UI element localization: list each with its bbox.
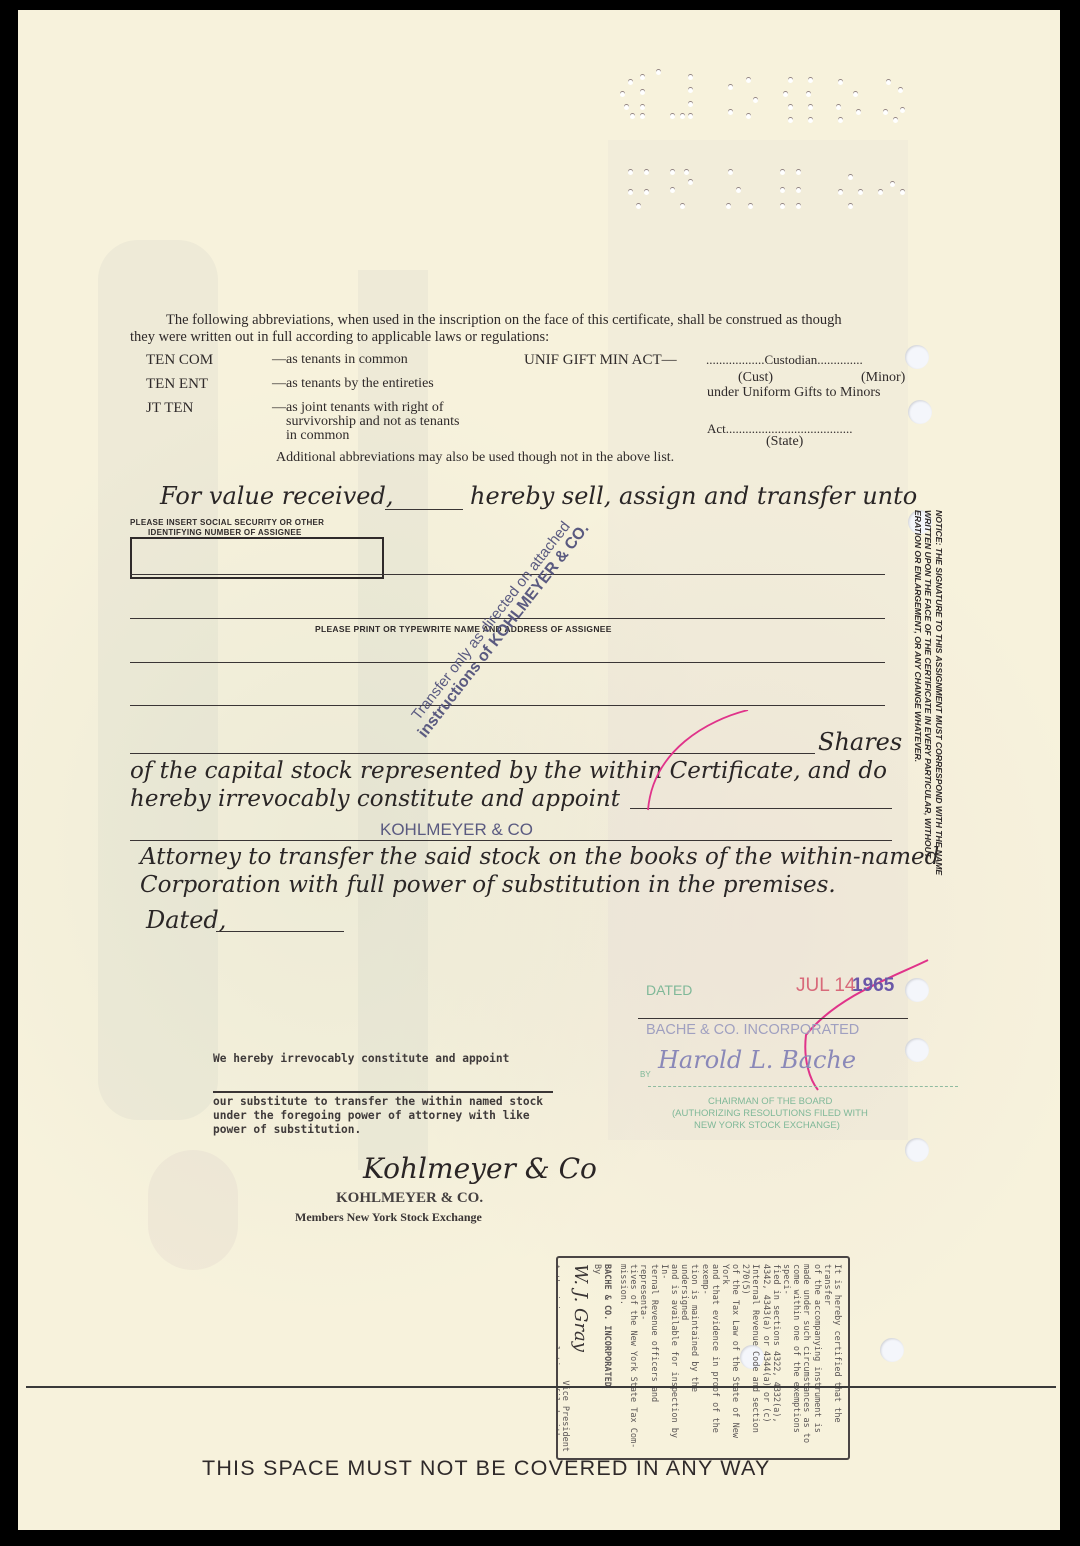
tax-stamp-line: mission. bbox=[618, 1264, 628, 1452]
bache-date-line bbox=[638, 1018, 908, 1019]
abbreviations-additional: Additional abbreviations may also be use… bbox=[276, 450, 674, 466]
do-not-cover-line bbox=[26, 1386, 1056, 1388]
assignee-line-3[interactable] bbox=[130, 662, 885, 663]
notice-line3: ERATION OR ENLARGEMENT, OR ANY CHANGE WH… bbox=[912, 510, 923, 970]
do-not-cover-warning: THIS SPACE MUST NOT BE COVERED IN ANY WA… bbox=[202, 1456, 771, 1481]
bache-signature: Harold L. Bache bbox=[658, 1046, 856, 1074]
assignee-line-1[interactable] bbox=[130, 574, 885, 575]
tax-stamp-by: By bbox=[592, 1264, 602, 1452]
binder-hole bbox=[908, 400, 932, 424]
unif-gift-state-label: (State) bbox=[766, 434, 803, 450]
kohlmeyer-line3: under the foregoing power of attorney wi… bbox=[213, 1109, 530, 1122]
bache-signature-dash-line bbox=[648, 1086, 958, 1087]
ghost-portrait bbox=[148, 1150, 238, 1270]
abbr-ten-ent-meaning: —as tenants by the entireties bbox=[272, 376, 434, 392]
signature-notice: NOTICE: THE SIGNATURE TO THIS ASSIGNMENT… bbox=[912, 510, 944, 970]
binder-hole bbox=[880, 1338, 904, 1362]
tax-stamp-company: BACHE & CO. INCORPORATED bbox=[602, 1264, 612, 1452]
notice-line2: WRITTEN UPON THE FACE OF THE CERTIFICATE… bbox=[923, 510, 934, 970]
tax-stamp-line: made under such circumstances as to bbox=[801, 1264, 811, 1452]
constitute-appoint-line: hereby irrevocably constitute and appoin… bbox=[130, 786, 620, 812]
tax-stamp-line: Internal Revenue Code and section 270(5) bbox=[740, 1264, 760, 1452]
assignee-line-4[interactable] bbox=[130, 705, 885, 706]
tax-stamp-line: and is available for inspection by In- bbox=[659, 1264, 679, 1452]
ghost-print-left bbox=[98, 240, 218, 1120]
binder-hole bbox=[905, 1138, 929, 1162]
bache-by: BY bbox=[640, 1070, 651, 1079]
for-value-blank-line bbox=[385, 509, 463, 510]
kohlmeyer-signature: Kohlmeyer & Co bbox=[363, 1152, 597, 1185]
abbr-jt-ten-code: JT TEN bbox=[146, 400, 193, 417]
tax-exemption-stamp: It is hereby certified that the transfer… bbox=[556, 1256, 850, 1460]
unif-gift-minor-label: (Minor) bbox=[861, 370, 905, 386]
bache-auth-line2: NEW YORK STOCK EXCHANGE) bbox=[694, 1120, 840, 1131]
tax-stamp-line: come within one of the exemptions speci- bbox=[781, 1264, 801, 1452]
certificate-back: The following abbreviations, when used i… bbox=[18, 10, 1060, 1530]
abbreviations-intro: The following abbreviations, when used i… bbox=[166, 312, 842, 329]
abbr-ten-com-meaning: —as tenants in common bbox=[272, 352, 408, 368]
tax-stamp-line: It is hereby certified that the transfer bbox=[822, 1264, 842, 1452]
hereby-sell-assign: hereby sell, assign and transfer unto bbox=[470, 482, 917, 510]
bache-company: BACHE & CO. INCORPORATED bbox=[646, 1022, 859, 1038]
tax-stamp-line: tion is maintained by the undersigned bbox=[679, 1264, 699, 1452]
bache-date-year: 1965 bbox=[852, 975, 894, 997]
tax-stamp-line: 4342, 4343(a) or 4344(a) or (c) bbox=[761, 1264, 771, 1452]
tax-stamp-signature: W. J. Gray bbox=[570, 1264, 592, 1452]
perforation-cancel-marks bbox=[608, 70, 928, 210]
unif-gift-custodian: ..................Custodian.............… bbox=[706, 352, 863, 368]
tax-stamp-line: ternal Revenue officers and representa- bbox=[638, 1264, 658, 1452]
tax-stamp-line: fied in sections 4322, 4332(a), bbox=[771, 1264, 781, 1452]
dated-blank-line[interactable] bbox=[216, 931, 344, 932]
attorney-name-stamp: KOHLMEYER & CO bbox=[380, 820, 533, 840]
tax-stamp-line: tives of the New York State Tax Com- bbox=[628, 1264, 638, 1452]
abbr-ten-ent-code: TEN ENT bbox=[146, 376, 208, 393]
ssn-label-line2: IDENTIFYING NUMBER OF ASSIGNEE bbox=[148, 528, 302, 537]
ssn-label-line1: PLEASE INSERT SOCIAL SECURITY OR OTHER bbox=[130, 518, 324, 527]
bache-date-month-day: JUL 14 bbox=[796, 975, 856, 997]
kohlmeyer-line4: power of substitution. bbox=[213, 1123, 361, 1136]
kohlmeyer-appoint-line[interactable] bbox=[213, 1091, 553, 1093]
bache-dated-label: DATED bbox=[646, 982, 692, 998]
tax-stamp-line: and that evidence in proof of the exemp- bbox=[699, 1264, 719, 1452]
tax-stamp-line: of the Tax Law of the State of New York bbox=[720, 1264, 740, 1452]
kohlmeyer-line2: our substitute to transfer the within na… bbox=[213, 1095, 543, 1108]
kohlmeyer-company: KOHLMEYER & CO. bbox=[336, 1190, 483, 1207]
bache-auth-line1: (AUTHORIZING RESOLUTIONS FILED WITH bbox=[672, 1108, 868, 1119]
unif-gift-under: under Uniform Gifts to Minors bbox=[707, 385, 880, 401]
tax-stamp-line: of the accompanying instrument is bbox=[811, 1264, 821, 1452]
ssn-input-box[interactable] bbox=[130, 537, 384, 579]
tax-stamp-title: Vice President bbox=[560, 1264, 570, 1452]
abbr-jt-ten-meaning-line3: in common bbox=[286, 428, 349, 444]
kohlmeyer-line1: We hereby irrevocably constitute and app… bbox=[213, 1052, 509, 1065]
kohlmeyer-members: Members New York Stock Exchange bbox=[295, 1210, 482, 1225]
dated-label: Dated, bbox=[146, 906, 226, 934]
bache-title: CHAIRMAN OF THE BOARD bbox=[708, 1096, 832, 1107]
unif-gift-cust-label: (Cust) bbox=[738, 370, 773, 386]
unif-gift-label: UNIF GIFT MIN ACT— bbox=[524, 352, 677, 369]
tax-stamp-rotated-content: It is hereby certified that the transfer… bbox=[558, 1258, 848, 1458]
tax-stamp-auth1: Authorizing resolutions filed with bbox=[556, 1264, 560, 1452]
notice-line1: NOTICE: THE SIGNATURE TO THIS ASSIGNMENT… bbox=[933, 510, 944, 970]
binder-hole bbox=[905, 345, 929, 369]
for-value-received: For value received, bbox=[160, 482, 393, 510]
abbreviations-intro-line2: they were written out in full according … bbox=[130, 329, 549, 346]
name-address-label: PLEASE PRINT OR TYPEWRITE NAME AND ADDRE… bbox=[315, 624, 612, 634]
abbr-ten-com-code: TEN COM bbox=[146, 352, 213, 369]
